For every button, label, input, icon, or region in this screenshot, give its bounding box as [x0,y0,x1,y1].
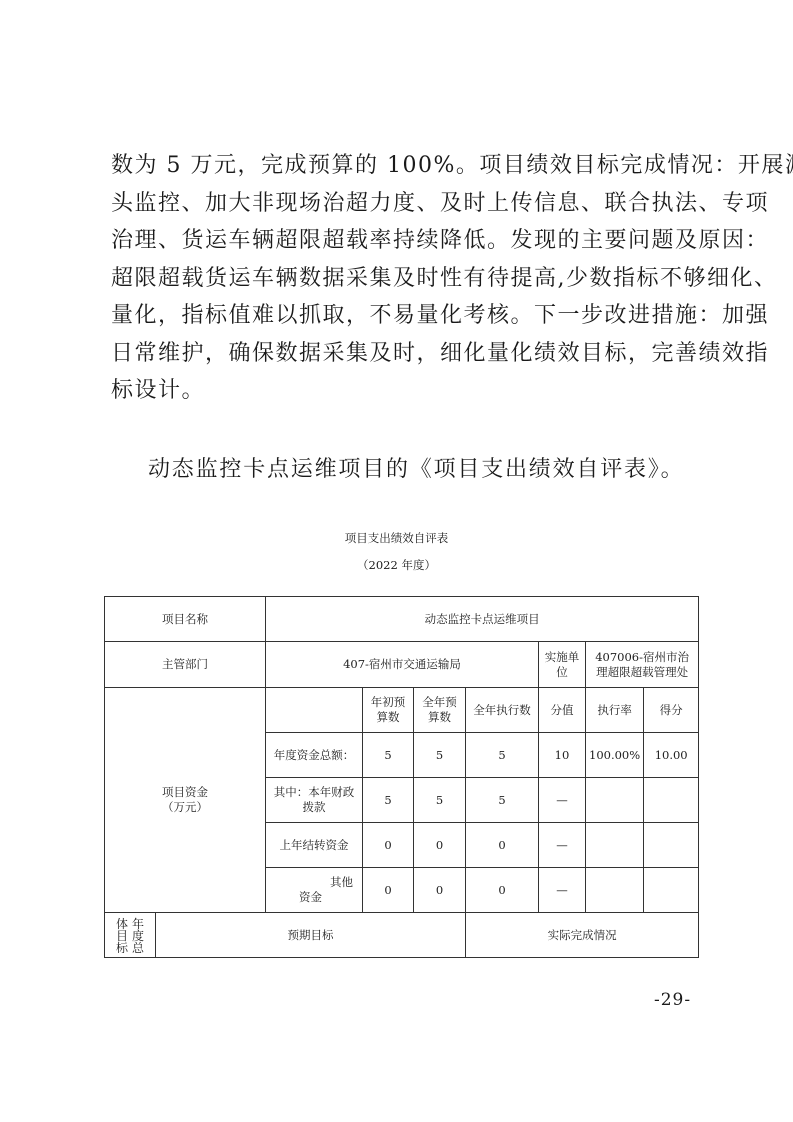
row-label: 其他 资金 [266,868,363,913]
table-row: 项目资金 （万元） 年初预算数 全年预算数 全年执行数 分值 执行率 得分 [105,688,699,733]
paragraph-line: 超限超载货运车辆数据采集及时性有待提高,少数指标不够细化、 [111,260,701,298]
col-header: 得分 [644,688,699,733]
cell-annual: 0 [414,868,466,913]
cell-exec-rate [586,778,644,823]
cell-initial: 0 [363,823,414,868]
cell-score-value: 10 [539,733,586,778]
table-year: （2022 年度） [0,557,793,573]
actual-completion-header: 实际完成情况 [466,913,699,958]
blank-header-cell [266,688,363,733]
funds-unit-text: （万元） [108,800,262,815]
cell-annual: 5 [414,778,466,823]
paragraph-line: 量化，指标值难以抓取，不易量化考核。下一步改进措施：加强 [111,297,701,335]
project-name-label: 项目名称 [105,597,266,642]
body-paragraph: 数为 5 万元，完成预算的 100%。项目绩效目标完成情况：开展源 头监控、加大… [111,147,701,410]
cell-score-value: — [539,778,586,823]
table-title: 项目支出绩效自评表 [0,530,793,546]
expected-goal-header: 预期目标 [156,913,466,958]
cell-executed: 0 [466,868,539,913]
performance-table: 项目名称 动态监控卡点运维项目 主管部门 407-宿州市交通运输局 实施单位 4… [104,596,699,958]
cell-initial: 5 [363,733,414,778]
row-label: 上年结转资金 [266,823,363,868]
cell-annual: 5 [414,733,466,778]
row-label: 其中：本年财政拨款 [266,778,363,823]
cell-score-value: — [539,823,586,868]
paragraph-line: 日常维护，确保数据采集及时，细化量化绩效目标，完善绩效指 [111,335,701,373]
table-row: 主管部门 407-宿州市交通运输局 实施单位 407006-宿州市治理超限超载管… [105,642,699,688]
col-header: 分值 [539,688,586,733]
table-row: 年度总 体目标 预期目标 实际完成情况 [105,913,699,958]
cell-score-value: — [539,868,586,913]
col-header: 年初预算数 [363,688,414,733]
paragraph-line: 头监控、加大非现场治超力度、及时上传信息、联合执法、专项 [111,185,701,223]
cell-executed: 5 [466,778,539,823]
dept-label: 主管部门 [105,642,266,688]
cell-score [644,823,699,868]
paragraph-line: 标设计。 [111,372,701,410]
funds-label-text: 项目资金 [108,785,262,800]
cell-annual: 0 [414,823,466,868]
cell-exec-rate [586,868,644,913]
col-header: 执行率 [586,688,644,733]
row-label: 年度资金总额： [266,733,363,778]
cell-score [644,868,699,913]
dept-value: 407-宿州市交通运输局 [266,642,539,688]
page-number: -29- [654,990,691,1010]
cell-executed: 0 [466,823,539,868]
cell-exec-rate [586,823,644,868]
cell-score: 10.00 [644,733,699,778]
impl-unit-value: 407006-宿州市治理超限超载管理处 [586,642,699,688]
cell-exec-rate: 100.00% [586,733,644,778]
funds-label: 项目资金 （万元） [105,688,266,913]
project-name-value: 动态监控卡点运维项目 [266,597,699,642]
cell-initial: 5 [363,778,414,823]
annual-goal-label: 年度总 体目标 [105,913,156,958]
impl-unit-label: 实施单位 [539,642,586,688]
col-header: 全年执行数 [466,688,539,733]
cell-score [644,778,699,823]
table-intro: 动态监控卡点运维项目的《项目支出绩效自评表》。 [148,452,684,483]
paragraph-line: 数为 5 万元，完成预算的 100%。项目绩效目标完成情况：开展源 [111,147,701,185]
table-row: 项目名称 动态监控卡点运维项目 [105,597,699,642]
paragraph-line: 治理、货运车辆超限超载率持续降低。发现的主要问题及原因： [111,222,701,260]
cell-executed: 5 [466,733,539,778]
cell-initial: 0 [363,868,414,913]
col-header: 全年预算数 [414,688,466,733]
